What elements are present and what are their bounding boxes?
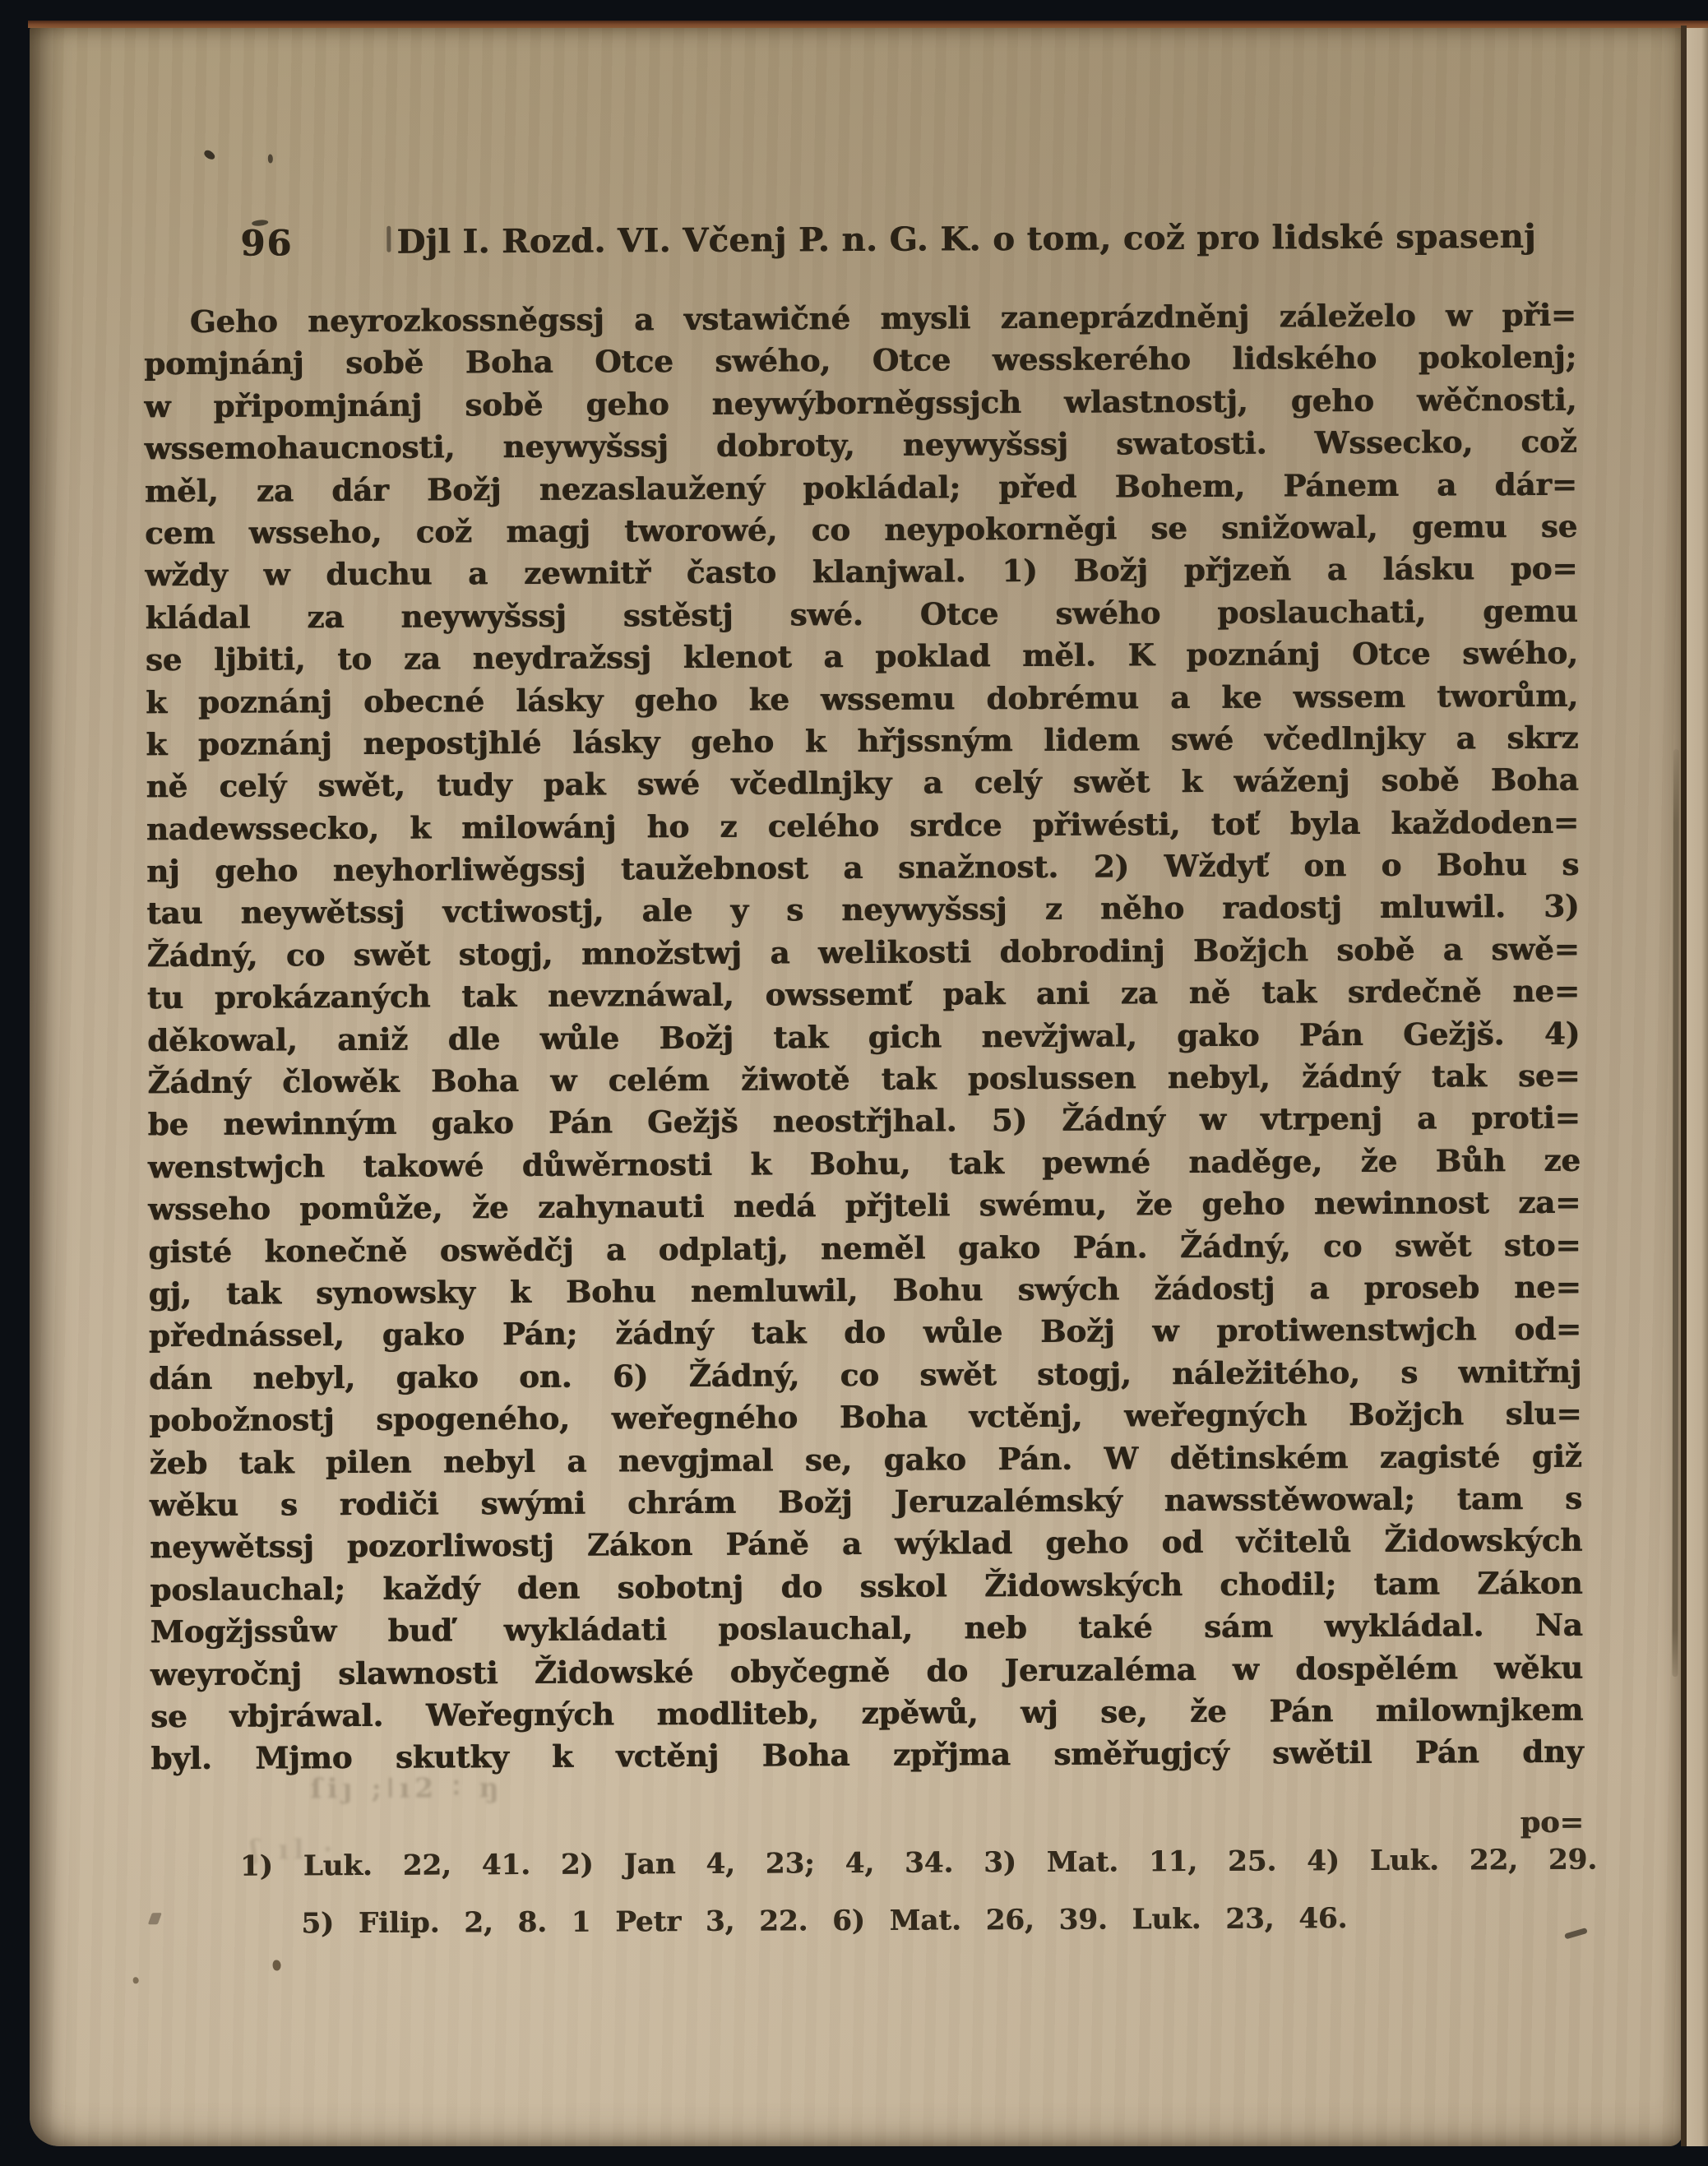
body-line: Geho neyrozkossněgssj a vstawičné mysli … <box>144 294 1576 344</box>
page-content: 96 Djl I. Rozd. VI. Včenj P. n. G. K. o … <box>24 21 1687 2150</box>
body-line: se vbjráwal. Weřegných modliteb, zpěwů, … <box>150 1689 1583 1738</box>
body-line: gisté konečně oswědčj a odplatj, neměl g… <box>148 1224 1581 1273</box>
bleedthrough-marks: ſiȷ ;ǀı2 ∶ ŋ <box>310 1771 503 1804</box>
ink-speck <box>1564 1928 1588 1940</box>
ink-speck <box>203 149 217 161</box>
body-line: weyročnj slawnosti Židowské obyčegně do … <box>150 1646 1583 1696</box>
page-top-edge <box>28 21 1708 28</box>
body-line: poslauchal; každý den sobotnj do sskol Ž… <box>150 1562 1582 1611</box>
body-line: gj, tak synowsky k Bohu nemluwil, Bohu s… <box>148 1266 1581 1316</box>
body-line: wždy w duchu a zewnitř často klanjwal. 1… <box>145 548 1577 597</box>
adjacent-page-edge <box>1687 25 1708 2146</box>
ink-speck <box>273 1960 281 1970</box>
body-line: cem wsseho, což magj tworowé, co neypoko… <box>145 506 1577 555</box>
body-line: wěku s rodiči swými chrám Božj Jeruzalém… <box>150 1478 1582 1527</box>
body-line: nj geho neyhorliwěgssj taužebnost a snaž… <box>146 844 1579 893</box>
catchword: po= <box>1365 1806 1584 1840</box>
body-line: be newinným gako Pán Gežjš neostřjhal. 5… <box>147 1097 1580 1146</box>
footnote-line: 1) Luk. 22, 41. 2) Jan 4, 23; 4, 34. 3) … <box>240 1844 1597 1883</box>
page-gutter-seam <box>1681 25 1687 2146</box>
body-line: neywětssj pozorliwostj Zákon Páně a wýkl… <box>150 1520 1582 1569</box>
ink-speck <box>148 1913 162 1924</box>
book-page: 96 Djl I. Rozd. VI. Včenj P. n. G. K. o … <box>30 25 1683 2146</box>
body-line: kládal za neywyšssj sstěstj swé. Otce sw… <box>145 590 1577 639</box>
body-text: Geho neyrozkossněgssj a vstawičné mysli … <box>144 294 1584 1780</box>
body-line: wenstwjch takowé důwěrnosti k Bohu, tak … <box>148 1140 1581 1189</box>
body-line: ně celý swět, tudy pak swé včedlnjky a c… <box>146 759 1578 808</box>
footnote-line: 5) Filip. 2, 8. 1 Petr 3, 22. 6) Mat. 26… <box>301 1902 1347 1940</box>
body-line: žeb tak pilen nebyl a nevgjmal se, gako … <box>149 1435 1581 1484</box>
body-line: w připomjnánj sobě geho neywýborněgssjch… <box>144 379 1576 428</box>
body-line: měl, za dár Božj nezaslaužený pokládal; … <box>145 463 1577 512</box>
body-line: Žádný člowěk Boha w celém žiwotě tak pos… <box>147 1055 1580 1104</box>
running-header: Djl I. Rozd. VI. Včenj P. n. G. K. o tom… <box>396 217 1597 261</box>
body-line: pobožnostj spogeného, weřegného Boha vct… <box>149 1393 1581 1442</box>
body-line: se ljbiti, to za neydražssj klenot a pok… <box>146 632 1578 682</box>
body-line: dán nebyl, gako on. 6) Žádný, co swět st… <box>149 1350 1581 1400</box>
body-line: wsseho pomůže, že zahynauti nedá přjteli… <box>148 1182 1581 1231</box>
body-line: tau neywětssj vctiwostj, ale y s neywyšs… <box>146 886 1579 935</box>
body-line: přednássel, gako Pán; žádný tak do wůle … <box>149 1308 1581 1358</box>
ink-speck <box>133 1977 139 1983</box>
body-line: k poznánj nepostjhlé lásky geho k hřjssn… <box>146 717 1578 766</box>
body-line: Žádný, co swět stogj, množstwj a welikos… <box>146 928 1579 978</box>
scan-background: 96 Djl I. Rozd. VI. Včenj P. n. G. K. o … <box>0 0 1708 2166</box>
body-line: nadewssecko, k milowánj ho z celého srdc… <box>146 801 1579 850</box>
body-line: Mogžjssůw buď wykládati poslauchal, neb … <box>150 1604 1582 1654</box>
body-line: tu prokázaných tak nevznáwal, owssemť pa… <box>147 970 1580 1020</box>
body-line: děkowal, aniž dle wůle Božj tak gich nev… <box>147 1012 1580 1062</box>
body-line: k poznánj obecné lásky geho ke wssemu do… <box>146 674 1578 724</box>
body-line: pomjnánj sobě Boha Otce swého, Otce wess… <box>144 336 1576 386</box>
page-crease-line <box>1672 749 1678 1677</box>
ink-speck <box>386 226 391 252</box>
ink-speck <box>268 154 273 163</box>
body-line: wssemohaucnosti, neywyšssj dobroty, neyw… <box>144 421 1576 470</box>
page-number: 96 <box>240 223 293 264</box>
